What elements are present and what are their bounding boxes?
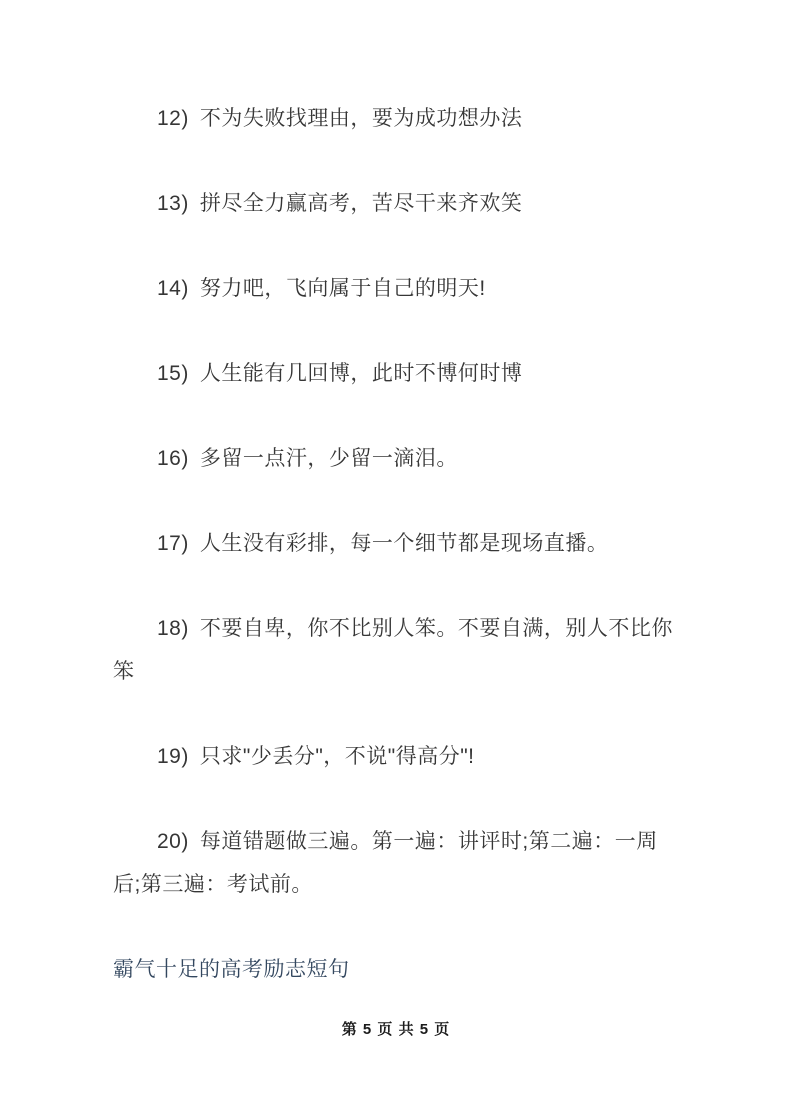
quote-item: 20)每道错题做三遍。第一遍：讲评时;第二遍：一周后;第三遍：考试前。: [113, 820, 680, 906]
quote-number: 18): [157, 617, 189, 640]
quote-number: 13): [157, 192, 189, 215]
quote-item: 18)不要自卑，你不比别人笨。不要自满，别人不比你笨: [113, 607, 680, 693]
quote-text: 不要自卑，你不比别人笨。不要自满，别人不比你笨: [113, 617, 673, 683]
quote-number: 16): [157, 447, 189, 470]
page-number-text: 第 5 页 共 5 页: [342, 1021, 451, 1038]
quote-text: 拼尽全力赢高考，苦尽干来齐欢笑: [200, 192, 523, 215]
quote-text: 人生没有彩排，每一个细节都是现场直播。: [200, 532, 609, 555]
quote-text: 多留一点汗，少留一滴泪。: [200, 447, 458, 470]
quote-number: 20): [157, 830, 189, 853]
quote-number: 19): [157, 745, 189, 768]
quote-item: 13)拼尽全力赢高考，苦尽干来齐欢笑: [113, 182, 680, 225]
quote-item: 12)不为失败找理由，要为成功想办法: [113, 97, 680, 140]
page-footer: 第 5 页 共 5 页: [0, 1018, 792, 1039]
quote-item: 15)人生能有几回博，此时不博何时博: [113, 352, 680, 395]
quote-item: 14)努力吧，飞向属于自己的明天!: [113, 267, 680, 310]
section-heading: 霸气十足的高考励志短句: [113, 948, 680, 991]
quote-number: 12): [157, 107, 189, 130]
quote-text: 努力吧，飞向属于自己的明天!: [200, 277, 486, 300]
quote-item: 16)多留一点汗，少留一滴泪。: [113, 437, 680, 480]
quote-item: 17)人生没有彩排，每一个细节都是现场直播。: [113, 522, 680, 565]
quote-number: 14): [157, 277, 189, 300]
quote-number: 15): [157, 362, 189, 385]
quote-text: 不为失败找理由，要为成功想办法: [200, 107, 523, 130]
quote-item: 19)只求"少丢分"，不说"得高分"!: [113, 735, 680, 778]
document-page: 12)不为失败找理由，要为成功想办法 13)拼尽全力赢高考，苦尽干来齐欢笑 14…: [0, 0, 792, 1120]
quote-number: 17): [157, 532, 189, 555]
quote-text: 每道错题做三遍。第一遍：讲评时;第二遍：一周后;第三遍：考试前。: [113, 830, 658, 896]
quote-text: 人生能有几回博，此时不博何时博: [200, 362, 523, 385]
quote-text: 只求"少丢分"，不说"得高分"!: [200, 745, 475, 768]
